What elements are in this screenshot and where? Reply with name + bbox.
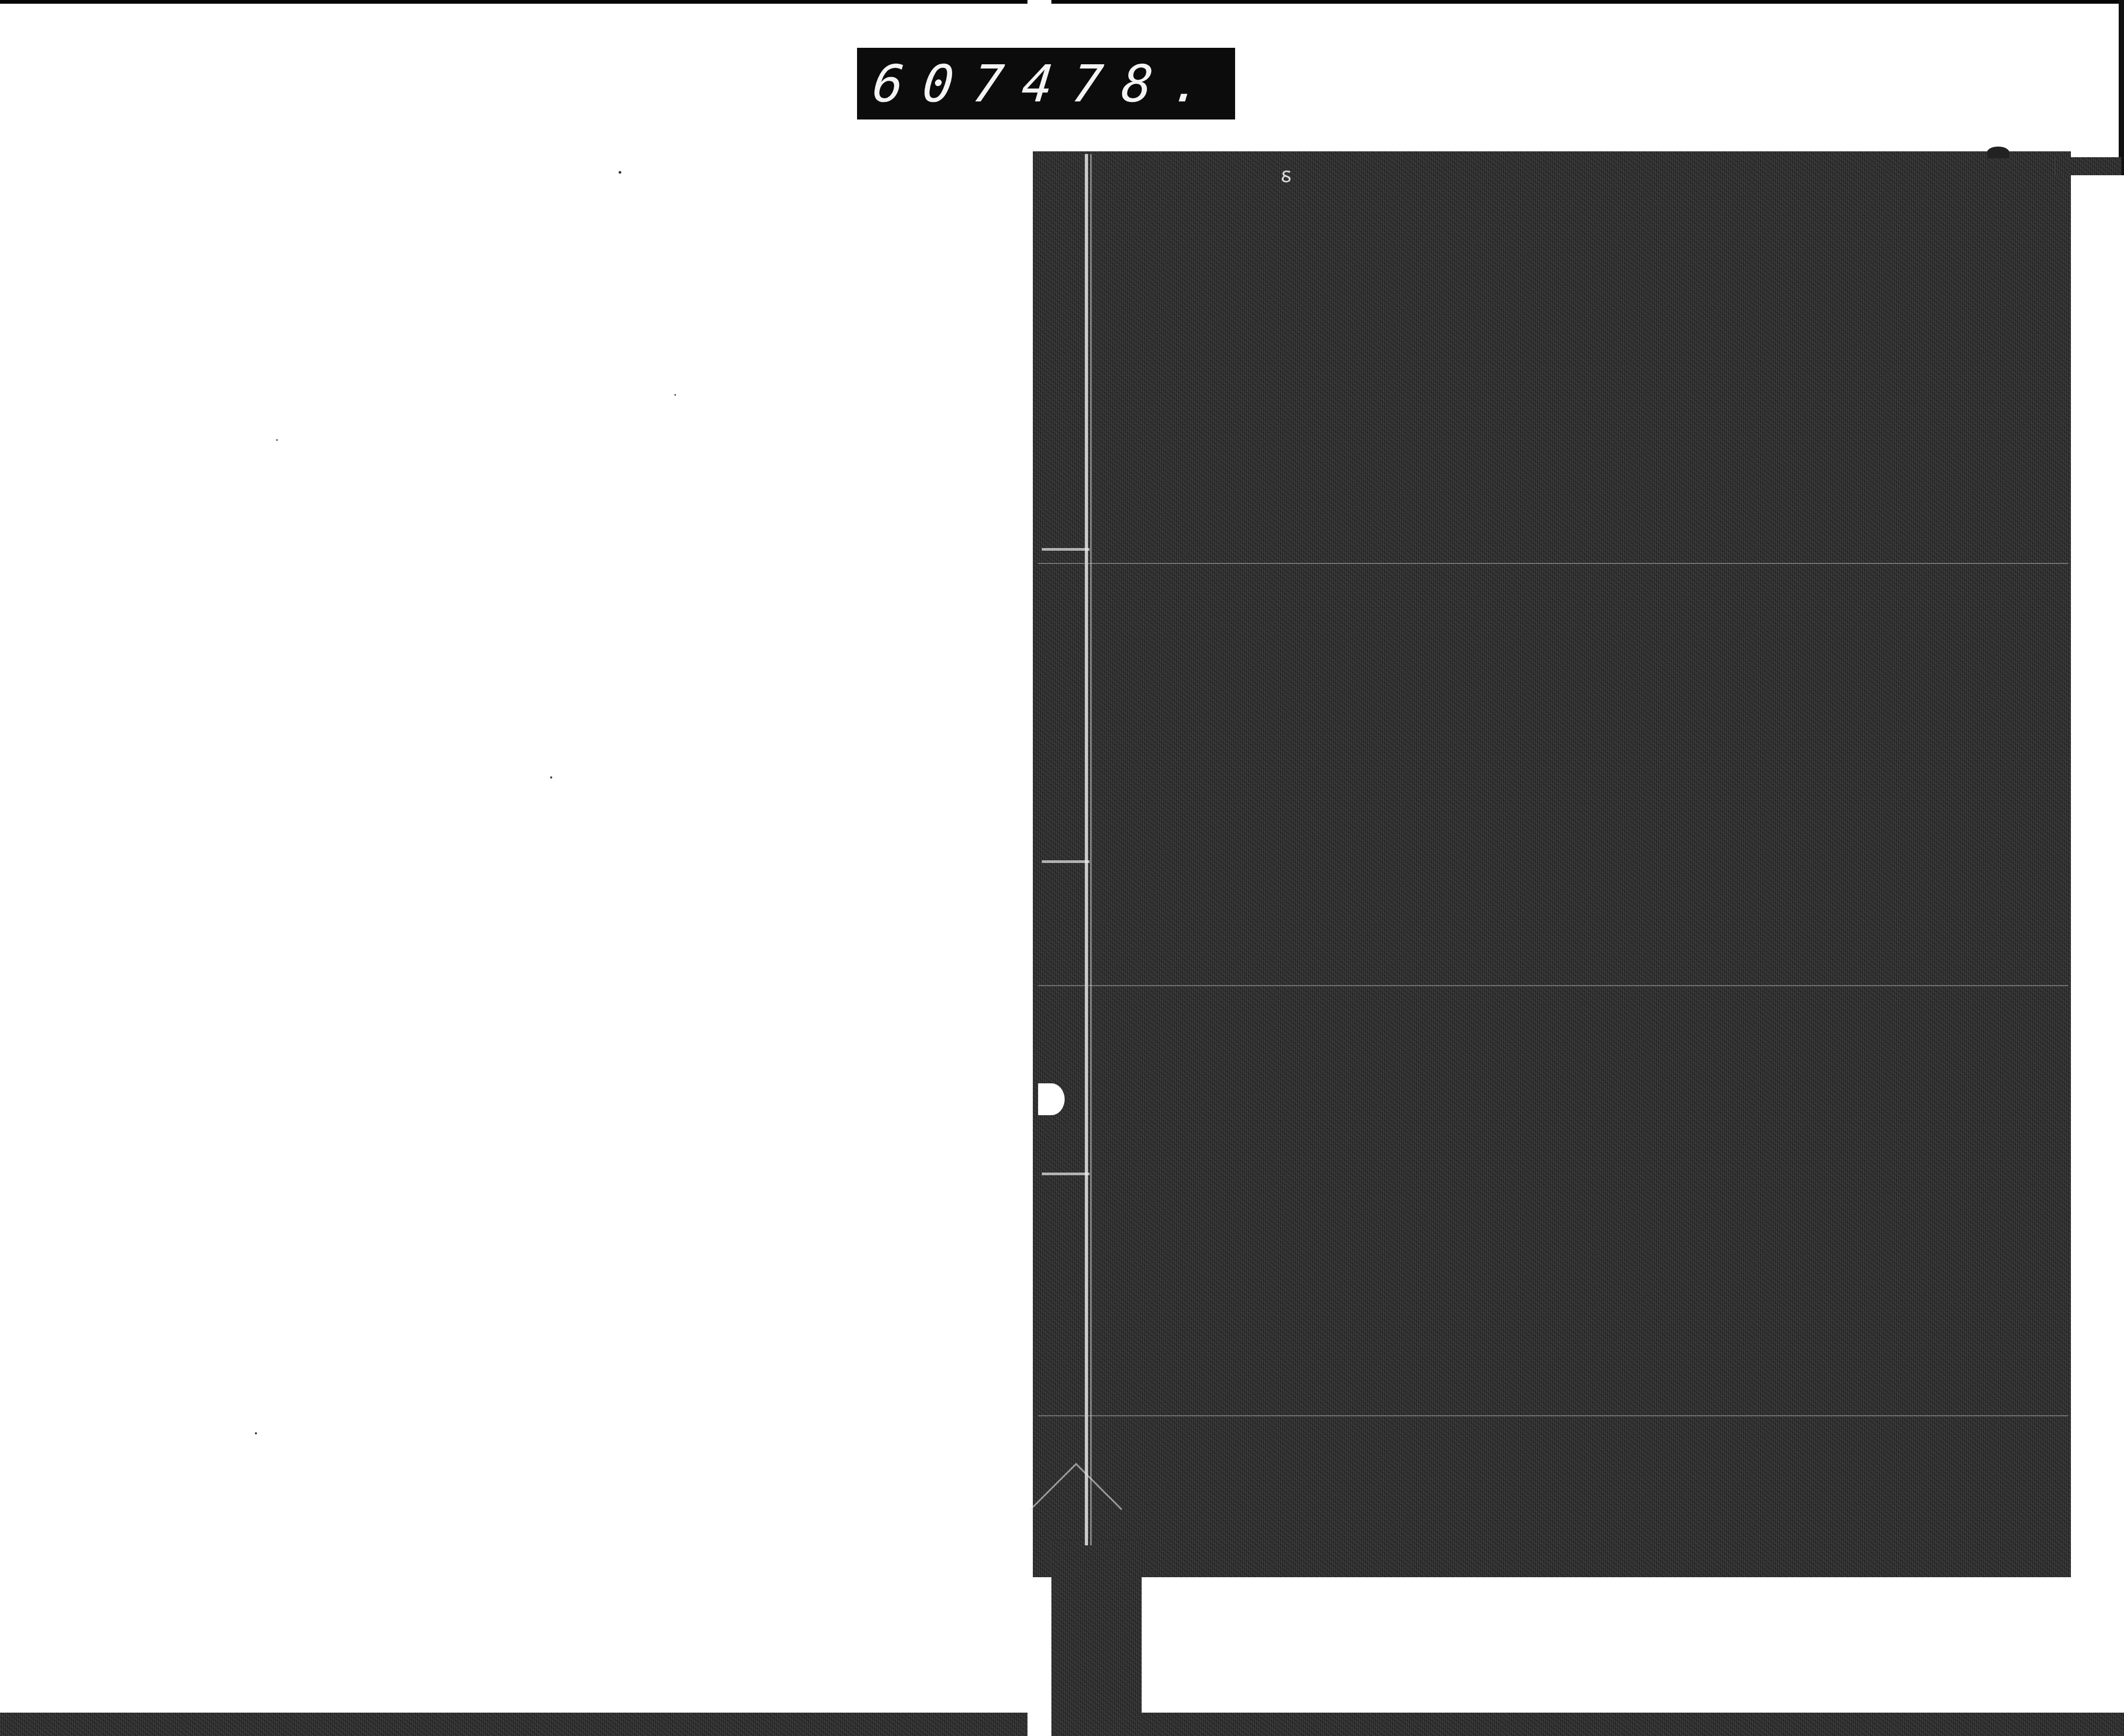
spine-notch xyxy=(1038,1083,1065,1115)
spine-fold-line-secondary xyxy=(1090,154,1092,1545)
speck xyxy=(255,1432,257,1434)
film-border-bottom-right xyxy=(1136,1713,2124,1736)
speck xyxy=(550,776,552,779)
reel-number-label: 6 0 7 4 7 8. xyxy=(857,48,1235,119)
scan-line xyxy=(1038,985,2068,986)
binding-stitch xyxy=(1042,1173,1090,1175)
cover-edge-tab xyxy=(2055,157,2121,175)
cover-mark: ꟙ xyxy=(1281,159,1291,189)
speck xyxy=(619,171,621,174)
binding-stitch xyxy=(1042,548,1090,551)
reel-digit: 7 xyxy=(970,54,1026,114)
scan-line xyxy=(1038,563,2068,564)
left-blank-page xyxy=(0,4,1027,1713)
film-border-bottom-left xyxy=(0,1713,1027,1736)
speck xyxy=(674,394,676,396)
film-border-top-right xyxy=(1051,0,2124,4)
binding-stitch xyxy=(1042,860,1090,863)
spine-tail xyxy=(1051,1540,1142,1736)
cover-edge-bump xyxy=(1987,147,2009,158)
reel-digit: 0 xyxy=(920,54,976,114)
reel-digit: 6 xyxy=(870,54,926,114)
book-cover xyxy=(1033,151,2071,1577)
spine-fold-line xyxy=(1085,154,1088,1545)
reel-digit: 8. xyxy=(1119,54,1224,114)
reel-digit: 4 xyxy=(1020,54,1076,114)
film-border-top-left xyxy=(0,0,1027,4)
speck xyxy=(276,439,278,441)
scan-line xyxy=(1038,1415,2068,1416)
reel-digit: 7 xyxy=(1069,54,1125,114)
film-border-right xyxy=(2119,0,2124,175)
